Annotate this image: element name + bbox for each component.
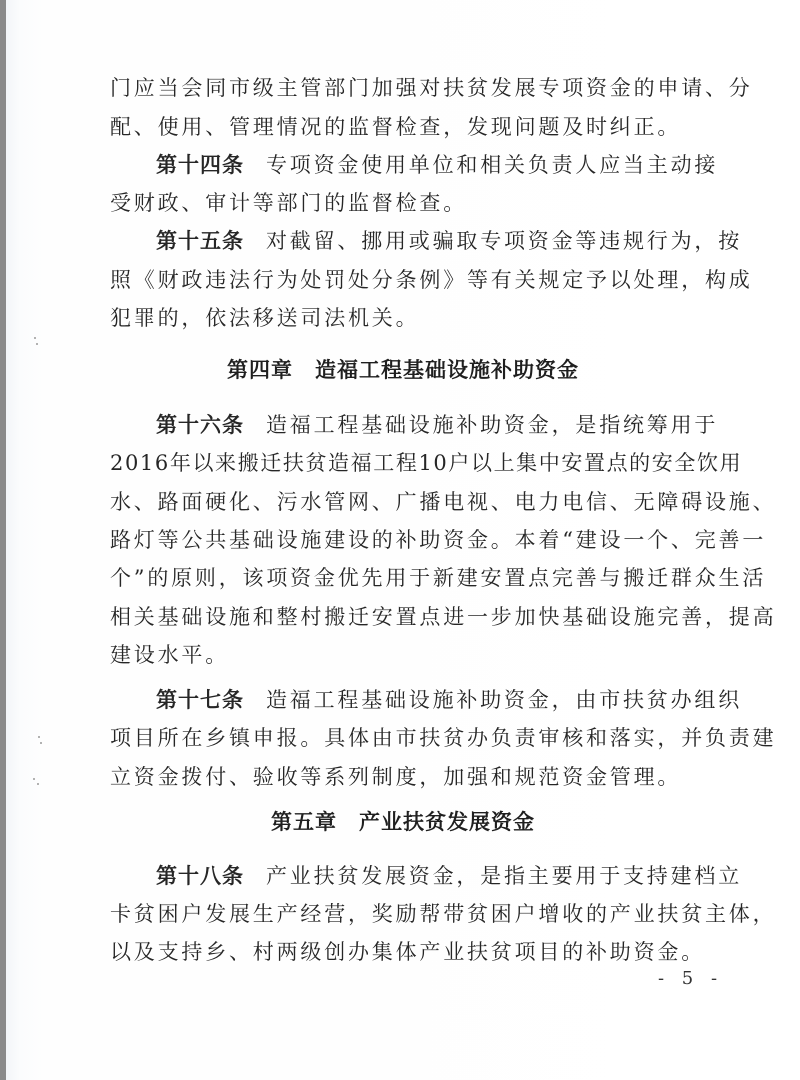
article-text: 造福工程基础设施补助资金，是指统筹用于 [266, 413, 718, 437]
article-label: 第十六条 [156, 413, 244, 437]
scan-speck [38, 736, 40, 738]
chapter-number: 第四章 [227, 358, 293, 382]
paragraph-line: 以及支持乡、村两级创办集体产业扶贫项目的补助资金。 [110, 938, 698, 966]
page-number: - 5 - [658, 968, 723, 989]
paragraph-line: 卡贫困户发展生产经营，奖励帮带贫困户增收的产业扶贫主体， [110, 900, 698, 928]
article-label: 第十四条 [156, 153, 244, 177]
paragraph-line: 2016年以来搬迁扶贫造福工程10户以上集中安置点的安全饮用 [110, 449, 698, 477]
article-14: 第十四条专项资金使用单位和相关负责人应当主动接 [156, 151, 698, 179]
paragraph-line: 受财政、审计等部门的监督检查。 [110, 189, 698, 217]
article-18: 第十八条产业扶贫发展资金，是指主要用于支持建档立 [156, 862, 698, 890]
paragraph-line: 门应当会同市级主管部门加强对扶贫发展专项资金的申请、分 [110, 74, 698, 102]
paragraph-line: 项目所在乡镇申报。具体由市扶贫办负责审核和落实，并负责建 [110, 724, 698, 752]
article-label: 第十七条 [156, 688, 244, 712]
article-text: 专项资金使用单位和相关负责人应当主动接 [266, 153, 718, 177]
paragraph-line: 建设水平。 [110, 641, 698, 669]
article-label: 第十五条 [156, 229, 244, 253]
chapter-heading: 第五章产业扶贫发展资金 [6, 808, 800, 836]
scan-speck [36, 343, 38, 345]
chapter-title: 造福工程基础设施补助资金 [315, 358, 579, 382]
article-text: 产业扶贫发展资金，是指主要用于支持建档立 [266, 864, 742, 888]
paragraph-line: 个”的原则，该项资金优先用于新建安置点完善与搬迁群众生活 [110, 564, 698, 592]
scan-speck [37, 783, 39, 785]
chapter-number: 第五章 [271, 810, 337, 834]
article-17: 第十七条造福工程基础设施补助资金，由市扶贫办组织 [156, 686, 698, 714]
article-16: 第十六条造福工程基础设施补助资金，是指统筹用于 [156, 411, 698, 439]
paragraph-line: 相关基础设施和整村搬迁安置点进一步加快基础设施完善，提高 [110, 603, 698, 631]
article-text: 造福工程基础设施补助资金，由市扶贫办组织 [266, 688, 742, 712]
paragraph-line: 照《财政违法行为处罚处分条例》等有关规定予以处理，构成 [110, 266, 698, 294]
paragraph-line: 犯罪的，依法移送司法机关。 [110, 304, 698, 332]
scan-speck [40, 742, 42, 744]
article-text: 对截留、挪用或骗取专项资金等违规行为，按 [266, 229, 742, 253]
scan-speck [34, 337, 36, 339]
paragraph-line: 路灯等公共基础设施建设的补助资金。本着“建设一个、完善一 [110, 526, 698, 554]
paragraph-line: 配、使用、管理情况的监督检查，发现问题及时纠正。 [110, 113, 698, 141]
document-page: 门应当会同市级主管部门加强对扶贫发展专项资金的申请、分 配、使用、管理情况的监督… [6, 0, 800, 1080]
article-15: 第十五条对截留、挪用或骗取专项资金等违规行为，按 [156, 227, 698, 255]
chapter-heading: 第四章造福工程基础设施补助资金 [6, 356, 800, 384]
chapter-title: 产业扶贫发展资金 [359, 810, 535, 834]
scan-speck [33, 778, 35, 780]
article-label: 第十八条 [156, 864, 244, 888]
paragraph-line: 立资金拨付、验收等系列制度，加强和规范资金管理。 [110, 763, 698, 791]
paragraph-line: 水、路面硬化、污水管网、广播电视、电力电信、无障碍设施、 [110, 488, 698, 516]
